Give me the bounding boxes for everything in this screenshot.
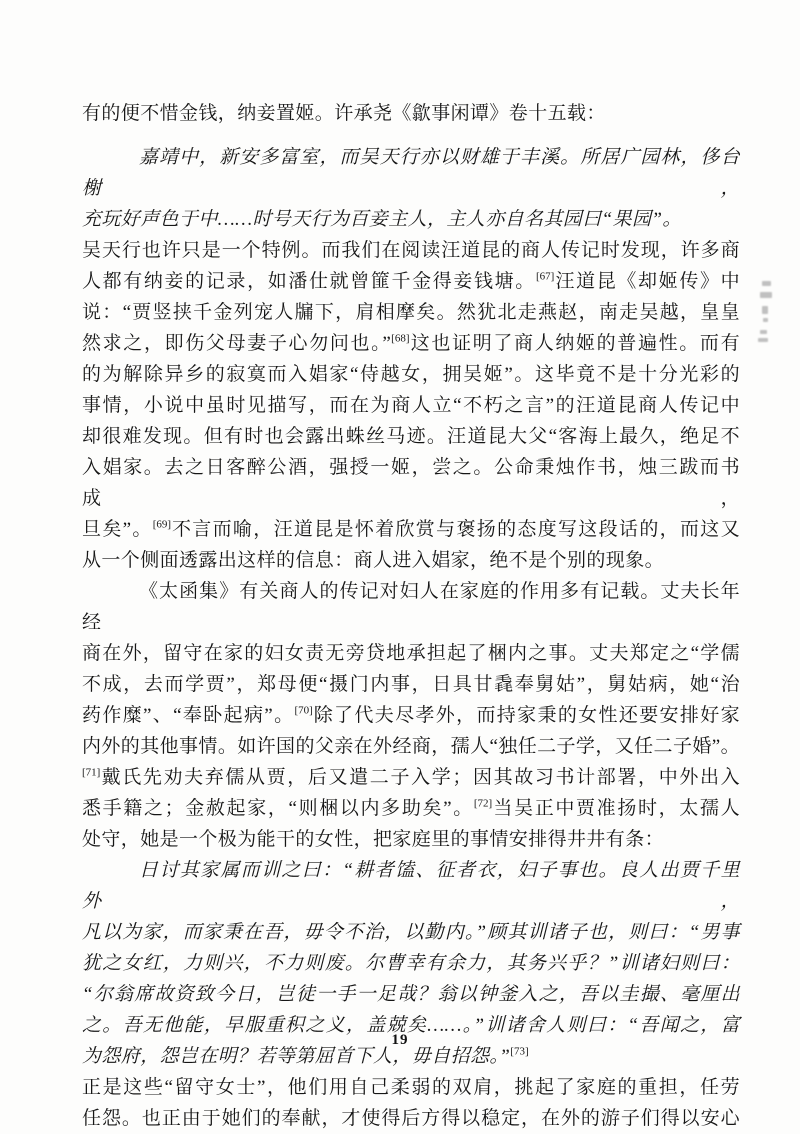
scan-artifact xyxy=(762,281,771,286)
text-line: 事情，小说中虽时见描写，而在为商人立“不朽之言”的汪道昆商人传记中 xyxy=(82,390,740,421)
text-line: 入娼家。去之日客醉公酒，强授一姬，尝之。公命秉烛作书，烛三跋而书成， xyxy=(82,452,740,514)
text-line: 犹之女红，力则兴，不力则废。尔曹幸有余力，其务兴乎？”训诸妇则曰： xyxy=(82,948,740,979)
text-line: 然求之，即伤父母妻子心勿问也。”[68]这也证明了商人纳姬的普遍性。而有 xyxy=(82,328,740,359)
footnote-ref: [69] xyxy=(153,519,171,531)
text-line: 吴天行也许只是一个特例。而我们在阅读汪道昆的商人传记时发现，许多商 xyxy=(82,235,740,266)
footnote-ref: [71] xyxy=(82,767,100,779)
text-line: 处守，她是一个极为能干的女性，把家庭里的事情安排得井井有条： xyxy=(82,824,740,855)
text-line: 人都有纳妾的记录，如潘仕就曾篚千金得妾钱塘。[67]汪道昆《却姬传》中 xyxy=(82,266,740,297)
text-line: “尔翁席故资致今日，岂徒一手一足哉？翁以钟釜入之，吾以圭撮、毫厘出 xyxy=(82,979,740,1010)
scan-artifact xyxy=(758,338,768,342)
text-line: 《太函集》有关商人的传记对妇人在家庭的作用多有记载。丈夫长年经 xyxy=(82,576,740,638)
text-line: 有的便不惜金钱，纳妾置姬。许承尧《歙事闲谭》卷十五载： xyxy=(82,98,740,129)
footnote-ref: [70] xyxy=(294,705,312,717)
text-line: 从一个侧面透露出这样的信息：商人进入娼家，绝不是个别的现象。 xyxy=(82,545,740,576)
text-line: 的为解除异乡的寂寞而入娼家“侍越女，拥吴姬”。这毕竟不是十分光彩的 xyxy=(82,359,740,390)
scan-artifact xyxy=(760,330,767,334)
footnote-ref: [67] xyxy=(536,271,554,283)
footnote-ref: [68] xyxy=(391,333,409,345)
text-block: 有的便不惜金钱，纳妾置姬。许承尧《歙事闲谭》卷十五载：嘉靖中，新安多富室，而吴天… xyxy=(82,98,740,1134)
scan-artifact xyxy=(760,292,772,298)
text-line: 不成，去而学贾”，郑母便“摄门内事，日具甘毳奉舅姑”，舅姑病，她“治 xyxy=(82,669,740,700)
text-line: 日讨其家属而训之曰：“耕者馌、征者衣，妇子事也。良人出贾千里外， xyxy=(82,855,740,917)
scan-artifact xyxy=(763,318,768,322)
text-line: 商在外，留守在家的妇女责无旁贷地承担起了梱内之事。丈夫郑定之“学儒 xyxy=(82,638,740,669)
text-line: 正是这些“留守女士”，他们用自己柔弱的双肩，挑起了家庭的重担，任劳 xyxy=(82,1072,740,1103)
footnote-ref: [72] xyxy=(474,798,492,810)
text-line: 任怨。也正由于她们的奉献，才使得后方得以稳定，在外的游子们得以安心 xyxy=(82,1103,740,1134)
page: 有的便不惜金钱，纳妾置姬。许承尧《歙事闲谭》卷十五载：嘉靖中，新安多富室，而吴天… xyxy=(0,0,800,1134)
text-line: 凡以为家，而家秉在吾，毋令不治，以勤内。”顾其训诸子也，则曰：“男事 xyxy=(82,917,740,948)
text-line: 悉手籍之；金赦起家，“则梱以内多助矣”。[72]当吴正中贾准扬时，太孺人 xyxy=(82,793,740,824)
scan-artifact xyxy=(762,306,768,314)
page-number: 19 xyxy=(0,1032,800,1049)
text-line: 嘉靖中，新安多富室，而吴天行亦以财雄于丰溪。所居广园林，侈台榭， xyxy=(82,142,740,204)
text-line: [71]戴氏先劝夫弃儒从贾，后又遣二子入学；因其故习书计部署，中外出入 xyxy=(82,762,740,793)
text-line: 说：“贾竖挟千金列宠人牖下，肩相摩矣。然犹北走燕赵，南走吴越，皇皇 xyxy=(82,297,740,328)
text-line: 却很难发现。但有时也会露出蛛丝马迹。汪道昆大父“客海上最久，绝足不 xyxy=(82,421,740,452)
text-line: 药作糜”、“奉卧起病”。[70]除了代夫尽孝外，而持家秉的女性还要安排好家 xyxy=(82,700,740,731)
text-line: 旦矣”。[69]不言而喻，汪道昆是怀着欣赏与褒扬的态度写这段话的，而这又 xyxy=(82,514,740,545)
text-line: 充玩好声色于中……时号天行为百妾主人，主人亦自名其园曰“果园”。 xyxy=(82,204,740,235)
text-line: 内外的其他事情。如许国的父亲在外经商，孺人“独任二子学，又任二子婚”。 xyxy=(82,731,740,762)
